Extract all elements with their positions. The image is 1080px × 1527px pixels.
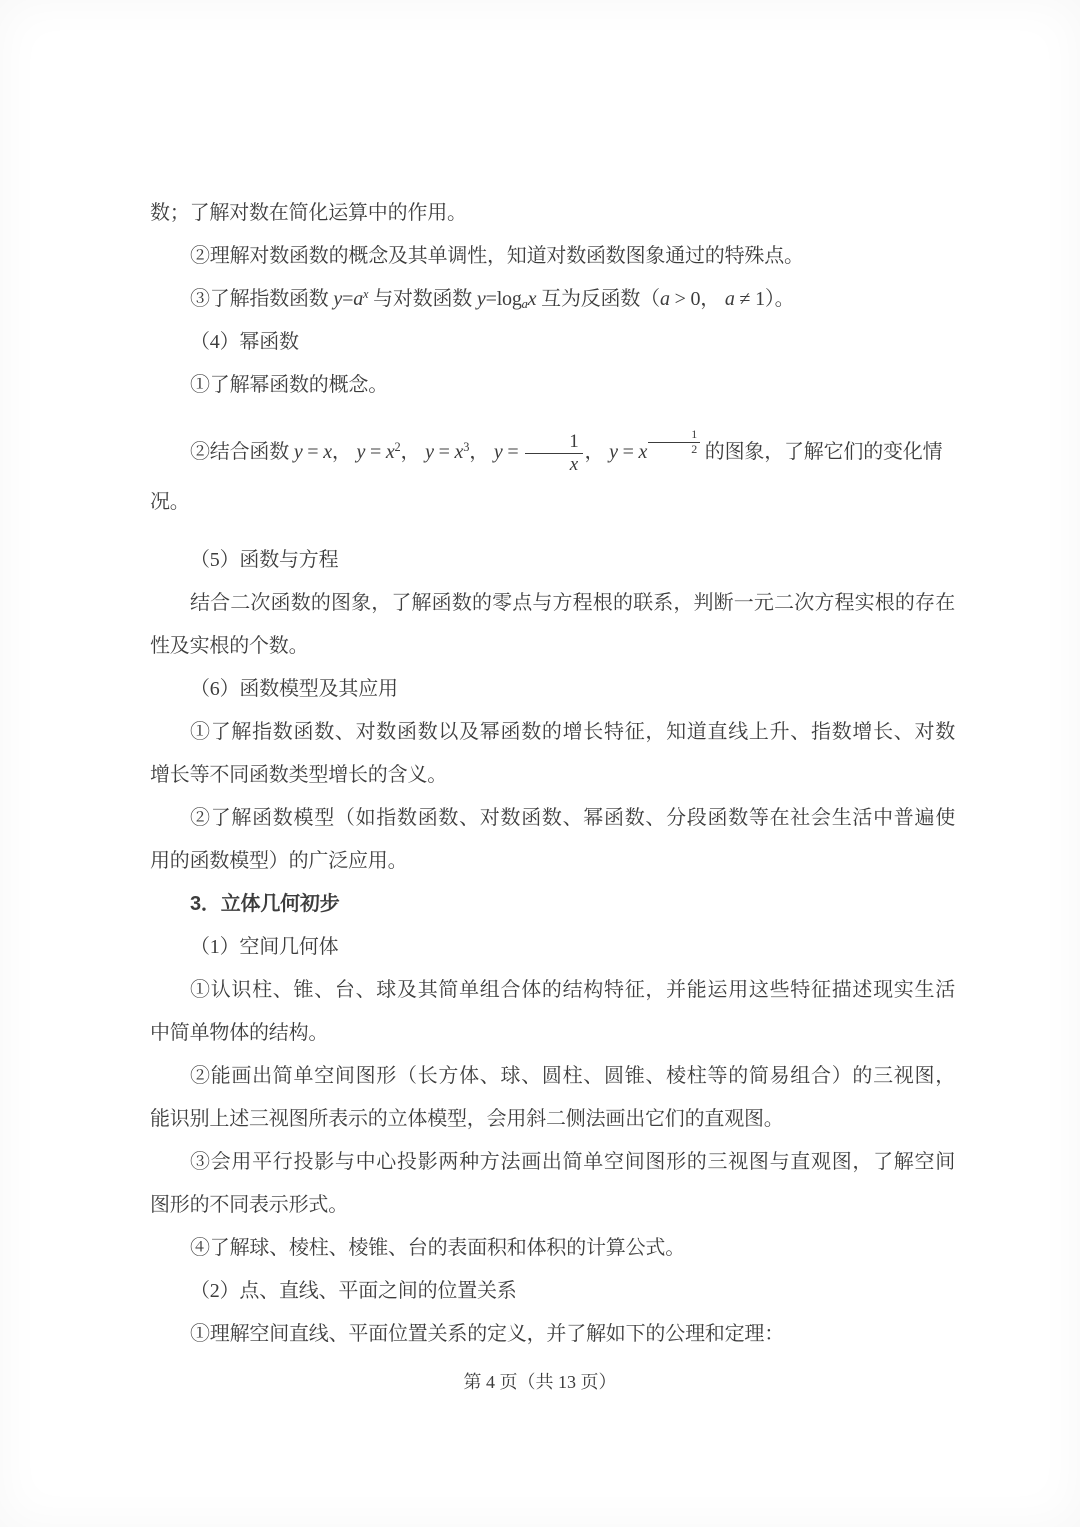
text-line: （4）幂函数 xyxy=(150,321,955,364)
text-line: 性及实根的个数。 xyxy=(150,625,955,668)
fraction: 1x xyxy=(525,431,582,476)
text-segment: = xyxy=(303,441,324,463)
math-token: a xyxy=(660,288,670,310)
text-segment: ≠ 1）。 xyxy=(735,288,795,310)
text-line: 中简单物体的结构。 xyxy=(150,1012,955,1055)
text-segment: ②结合函数 xyxy=(190,441,294,463)
text-line: ②结合函数 y = x， y = x2， y = x3， y = 1x， y =… xyxy=(150,427,955,527)
math-token: y xyxy=(609,441,618,463)
text-line: （2）点、直线、平面之间的位置关系 xyxy=(150,1270,955,1313)
text-segment: 互为反函数（ xyxy=(536,288,660,310)
text-segment: 与对数函数 xyxy=(368,288,477,310)
text-segment: = xyxy=(342,288,353,310)
section-heading: 3．立体几何初步 xyxy=(150,883,955,926)
math-token: y xyxy=(333,288,342,310)
text-line: ③会用平行投影与中心投影两种方法画出简单空间图形的三视图与直观图，了解空间 xyxy=(150,1141,955,1184)
page-footer: 第 4 页（共 13 页） xyxy=(0,1368,1080,1396)
text-line: 用的函数模型）的广泛应用。 xyxy=(150,840,955,883)
text-segment: log xyxy=(497,288,522,310)
math-token: a xyxy=(353,288,363,310)
math-token: x xyxy=(455,441,464,463)
text-segment: ， xyxy=(585,441,610,463)
text-line: 结合二次函数的图象，了解函数的零点与方程根的联系，判断一元二次方程实根的存在 xyxy=(150,582,955,625)
text-line: （5）函数与方程 xyxy=(150,539,955,582)
math-token: x xyxy=(323,441,332,463)
math-token: y xyxy=(494,441,503,463)
text-line: ②能画出简单空间图形（长方体、球、圆柱、圆锥、棱柱等的简易组合）的三视图， xyxy=(150,1055,955,1098)
text-line: 数；了解对数在简化运算中的作用。 xyxy=(150,192,955,235)
text-line: 图形的不同表示形式。 xyxy=(150,1184,955,1227)
document-page: 数；了解对数在简化运算中的作用。②理解对数函数的概念及其单调性，知道对数函数图象… xyxy=(0,0,1080,1527)
document-body: 数；了解对数在简化运算中的作用。②理解对数函数的概念及其单调性，知道对数函数图象… xyxy=(150,192,955,1356)
text-segment: = xyxy=(618,441,639,463)
text-segment: = xyxy=(503,441,524,463)
text-line: （1）空间几何体 xyxy=(150,926,955,969)
text-line: （6）函数模型及其应用 xyxy=(150,668,955,711)
text-segment: ③了解指数函数 xyxy=(190,288,333,310)
math-token: a xyxy=(725,288,735,310)
text-line: 能识别上述三视图所表示的立体模型，会用斜二侧法画出它们的直观图。 xyxy=(150,1098,955,1141)
text-line: 增长等不同函数类型增长的含义。 xyxy=(150,754,955,797)
exponent-fraction: 12 xyxy=(648,428,700,457)
math-token: y xyxy=(294,441,303,463)
text-line: ①了解幂函数的概念。 xyxy=(150,364,955,407)
math-token: y xyxy=(356,441,365,463)
math-token: y xyxy=(477,288,486,310)
math-token: x xyxy=(386,441,395,463)
text-segment: ， xyxy=(469,441,494,463)
math-token: x xyxy=(639,441,648,463)
text-line: ①了解指数函数、对数函数以及幂函数的增长特征，知道直线上升、指数增长、对数 xyxy=(150,711,955,754)
text-segment: = xyxy=(486,288,497,310)
text-segment: > 0， xyxy=(670,288,725,310)
text-line: ③了解指数函数 y=ax 与对数函数 y=logax 互为反函数（a > 0， … xyxy=(150,278,955,321)
text-segment: ， xyxy=(332,441,357,463)
text-line: ②了解函数模型（如指数函数、对数函数、幂函数、分段函数等在社会生活中普遍使 xyxy=(150,797,955,840)
text-line: ①理解空间直线、平面位置关系的定义，并了解如下的公理和定理： xyxy=(150,1313,955,1356)
math-token: y xyxy=(425,441,434,463)
text-segment: = xyxy=(434,441,455,463)
text-line: ①认识柱、锥、台、球及其简单组合体的结构特征，并能运用这些特征描述现实生活 xyxy=(150,969,955,1012)
text-line: ④了解球、棱柱、棱锥、台的表面积和体积的计算公式。 xyxy=(150,1227,955,1270)
text-segment: = xyxy=(365,441,386,463)
text-segment: ， xyxy=(401,441,426,463)
text-line: ②理解对数函数的概念及其单调性，知道对数函数图象通过的特殊点。 xyxy=(150,235,955,278)
